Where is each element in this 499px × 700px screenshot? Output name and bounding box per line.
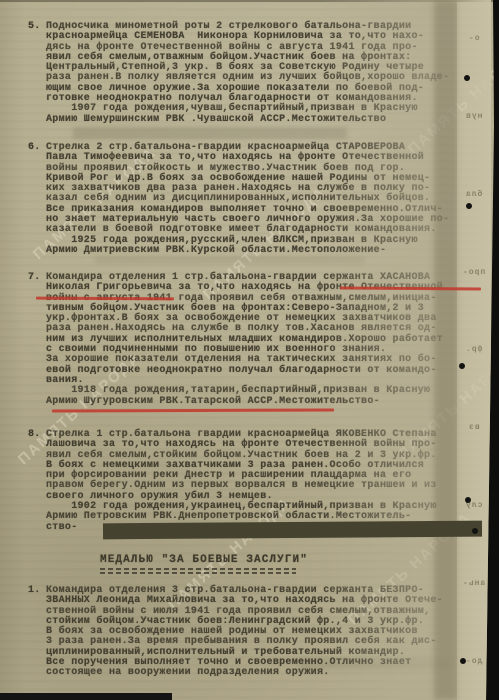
bleed-fragment: про- (462, 268, 485, 277)
redaction-bar-entry-8 (103, 521, 482, 540)
entry-text: Подносчика минометной роты 2 стрелкового… (46, 22, 488, 125)
entry-number: 8. (28, 430, 41, 440)
entry-text: Стрелка 2 стр.батальона-гвардии красноар… (46, 143, 488, 256)
entry-6: 6. Стрелка 2 стр.батальона-гвардии красн… (28, 143, 488, 256)
paper-top-edge (0, 0, 499, 2)
redaction-bar-bottom (0, 693, 172, 700)
document-scan: ПАМЯТЬ НАРОДА ПАМЯТЬ НАРОДА ПАМЯТЬ НАРОД… (0, 0, 499, 700)
entry-number: 1. (28, 586, 41, 596)
heading-underline-dashes (100, 568, 296, 574)
entry-number: 5. (28, 22, 41, 32)
bleed-fragment: ань- (462, 579, 485, 588)
bleed-fragment: до- (465, 657, 482, 666)
punch-hole (466, 203, 472, 209)
text-line: евой подготовке неоднократно получал бла… (46, 366, 488, 376)
text-line: Армию Шемуршинским РВК .Чувашской АССР.М… (46, 115, 488, 125)
entry-number: 7. (28, 273, 41, 283)
medal-heading: МЕДАЛЬЮ "ЗА БОЕВЫЕ ЗАСЛУГИ" (100, 554, 308, 574)
edge-bleed-strip: о-нувблапро-фр.взслуань-до- (457, 0, 491, 700)
dark-vertical-band (434, 0, 458, 700)
punch-hole (465, 497, 471, 503)
red-underline-hasanov-rvk (52, 409, 334, 413)
bleed-fragment: бла (465, 190, 482, 199)
text-line: Армию Шугуровским РВК.Татарской АССР.Мес… (46, 397, 488, 407)
heading-text: МЕДАЛЬЮ "ЗА БОЕВЫЕ ЗАСЛУГИ" (100, 554, 308, 566)
entry-5: 5. Подносчика минометной роты 2 стрелков… (28, 22, 488, 125)
stain (95, 256, 365, 264)
bleed-fragment: фр. (465, 345, 482, 354)
bleed-fragment: нув (465, 112, 482, 121)
entry-number: 6. (28, 143, 41, 153)
bleed-fragment: вз (468, 423, 480, 432)
bleed-fragment: о- (468, 34, 480, 43)
punch-hole (464, 75, 470, 81)
entry-8: 8. Стрелка 1 стр.батальона гвардии красн… (28, 430, 488, 533)
entry-7: 7. Командира отделения 1 стр.батальона-г… (28, 273, 488, 407)
entry-1: 1. Командира отделения 3 стр.батальона-г… (28, 586, 488, 679)
punch-hole (472, 528, 478, 534)
stain (73, 127, 347, 139)
entry-text: Командира отделения 1 стр.батальона-гвар… (46, 273, 488, 407)
entry-text: Стрелка 1 стр.батальона гвардии красноар… (46, 430, 488, 533)
entry-text: Командира отделения 3 стр.батальона-гвар… (46, 586, 488, 679)
paper-sheet: ПАМЯТЬ НАРОДА ПАМЯТЬ НАРОДА ПАМЯТЬ НАРОД… (0, 0, 499, 700)
punch-hole (459, 363, 465, 369)
punch-hole (460, 658, 466, 664)
text-line: состоящее на вооружении подразделения ор… (46, 668, 488, 678)
text-line: Армию Дмитриевским РВК.Курской области.М… (46, 246, 488, 256)
